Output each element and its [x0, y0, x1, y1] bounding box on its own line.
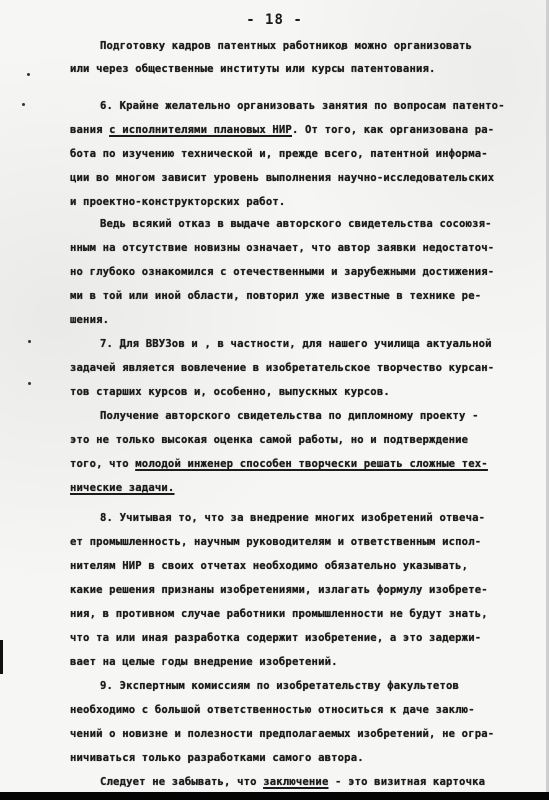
text-line: нические задачи. [70, 482, 174, 494]
text-run: ции во многом зависит уровень выполнения… [70, 172, 494, 184]
text-line: нителям НИР в своих отчетах необходимо о… [70, 560, 468, 572]
scan-mark [0, 640, 3, 674]
text-run: бота по изучению технической и, прежде в… [70, 148, 488, 160]
text-line: какие решения признаны изобретениями, из… [70, 584, 488, 596]
text-run: того, что [70, 458, 135, 470]
text-line: ния, в противном случае работники промыш… [70, 608, 488, 620]
underlined-text: молодой инженер способен творчески решат… [135, 458, 488, 470]
text-run: Получение авторского свидетельства по ди… [100, 410, 479, 422]
text-line: вает на целые годы внедрение изобретений… [70, 656, 338, 668]
text-run: тов старших курсов и, особенно, выпускны… [70, 386, 390, 398]
text-run: или через общественные институты или кур… [70, 63, 436, 75]
text-run: но глубоко ознакомился с отечественными … [70, 266, 494, 278]
text-run: чений о новизне и полезности предполагае… [70, 728, 494, 740]
text-line: 7. Для ВВУЗов и , в частности, для нашег… [100, 338, 492, 350]
underlined-text: с исполнителями плановых НИР [109, 124, 292, 136]
underlined-text: нические задачи. [70, 482, 174, 494]
text-line: 9. Экспертным комиссиям по изобретательс… [100, 680, 459, 692]
scan-speck [341, 47, 344, 50]
text-line: ми в той или иной области, повторил уже … [70, 290, 481, 302]
page-number: - 18 - [0, 12, 549, 28]
text-run: шения. [70, 314, 109, 326]
text-run: - это визитная карточка [328, 776, 485, 788]
text-line: ничиваться только разработками самого ав… [70, 752, 364, 764]
text-run: и проектно-конструкторских работ. [70, 196, 285, 208]
text-run: ния, в противном случае работники промыш… [70, 608, 488, 620]
text-run: какие решения признаны изобретениями, из… [70, 584, 488, 596]
text-run: . От того, как организована ра- [292, 124, 494, 136]
text-line: Подготовку кадров патентных работников м… [100, 40, 472, 52]
text-run: вает на целые годы внедрение изобретений… [70, 656, 338, 668]
text-run: Следует не забывать, что [100, 776, 263, 788]
text-line: вания с исполнителями плановых НИР. От т… [70, 124, 494, 136]
text-line: ет промышленность, научным руководителям… [70, 536, 481, 548]
text-run: 9. Экспертным комиссиям по изобретательс… [100, 680, 459, 692]
scan-speck [22, 103, 25, 106]
text-line: необходимо с большой ответственностью от… [70, 704, 475, 716]
text-line: Следует не забывать, что заключение - эт… [100, 776, 485, 788]
text-run: что та или иная разработка содержит изоб… [70, 632, 481, 644]
text-run: вания [70, 124, 109, 136]
text-run: 8. Учитывая то, что за внедрение многих … [100, 512, 485, 524]
text-line: что та или иная разработка содержит изоб… [70, 632, 481, 644]
text-line: 6. Крайне желательно организовать заняти… [100, 100, 505, 112]
scan-speck [28, 382, 31, 385]
text-line: это не только высокая оценка самой работ… [70, 434, 468, 446]
text-line: и проектно-конструкторских работ. [70, 196, 285, 208]
underlined-text: заключение [263, 776, 328, 788]
text-run: Ведь всякий отказ в выдаче авторского св… [100, 218, 492, 230]
text-line: 8. Учитывая то, что за внедрение многих … [100, 512, 485, 524]
text-run: 6. Крайне желательно организовать заняти… [100, 100, 505, 112]
text-line: но глубоко ознакомился с отечественными … [70, 266, 494, 278]
text-line: шения. [70, 314, 109, 326]
text-line: или через общественные институты или кур… [70, 63, 436, 75]
text-line: ции во многом зависит уровень выполнения… [70, 172, 494, 184]
text-run: необходимо с большой ответственностью от… [70, 704, 475, 716]
text-run: ми в той или иной области, повторил уже … [70, 290, 481, 302]
text-line: Получение авторского свидетельства по ди… [100, 410, 479, 422]
text-line: того, что молодой инженер способен творч… [70, 458, 488, 470]
text-run: Подготовку кадров патентных работников м… [100, 40, 472, 52]
text-line: чений о новизне и полезности предполагае… [70, 728, 494, 740]
text-line: задачей является вовлечение в изобретате… [70, 362, 494, 374]
text-run: 7. Для ВВУЗов и , в частности, для нашег… [100, 338, 492, 350]
text-run: нителям НИР в своих отчетах необходимо о… [70, 560, 468, 572]
scan-bottom-border [0, 792, 549, 800]
text-line: бота по изучению технической и, прежде в… [70, 148, 488, 160]
text-run: ничиваться только разработками самого ав… [70, 752, 364, 764]
scan-speck [27, 73, 30, 76]
text-run: нным на отсутствие новизны означает, что… [70, 242, 494, 254]
text-line: Ведь всякий отказ в выдаче авторского св… [100, 218, 492, 230]
text-run: это не только высокая оценка самой работ… [70, 434, 468, 446]
scan-speck [28, 340, 31, 343]
text-line: нным на отсутствие новизны означает, что… [70, 242, 494, 254]
text-line: тов старших курсов и, особенно, выпускны… [70, 386, 390, 398]
text-run: задачей является вовлечение в изобретате… [70, 362, 494, 374]
text-run: ет промышленность, научным руководителям… [70, 536, 481, 548]
